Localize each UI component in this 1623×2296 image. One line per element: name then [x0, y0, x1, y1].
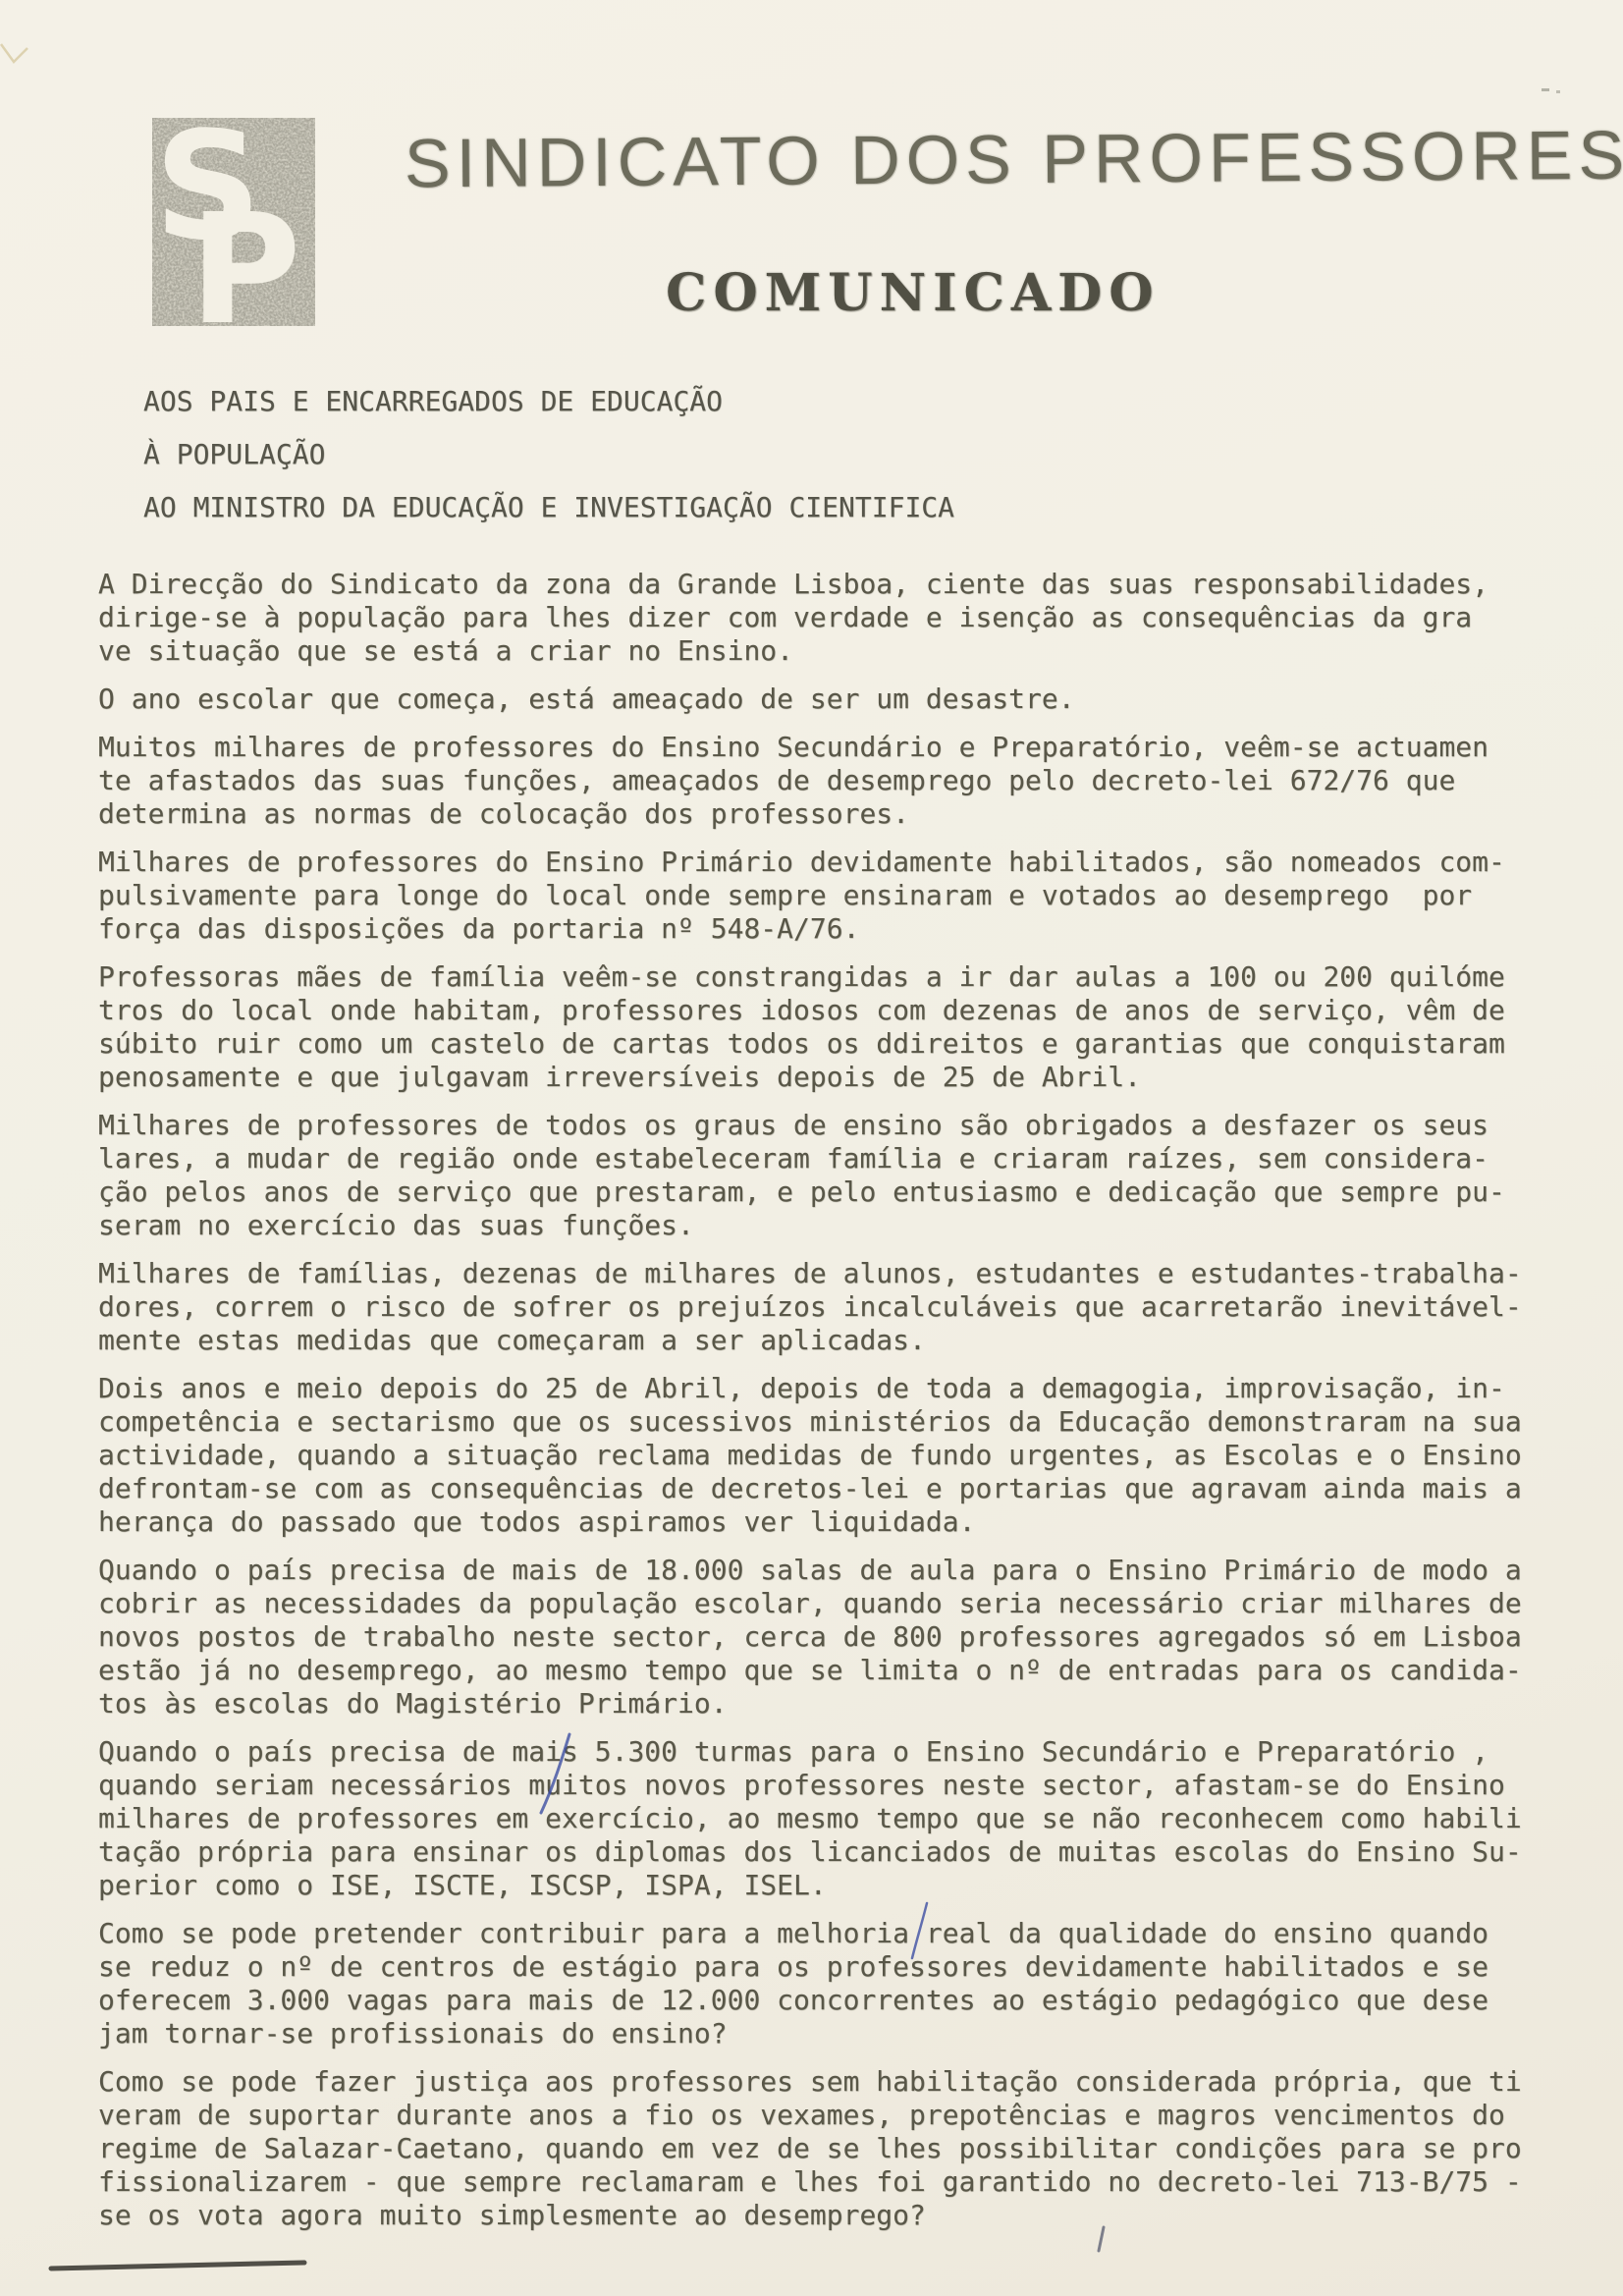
addressee-line-minister: AO MINISTRO DA EDUCAÇÃO E INVESTIGAÇÃO C…	[143, 481, 954, 534]
paragraph-justice-question: Como se pode fazer justiça aos professor…	[98, 2065, 1522, 2232]
paragraph-intro: A Direcção do Sindicato da zona da Grand…	[98, 568, 1522, 668]
paragraph-secondary-teachers: Muitos milhares de professores do Ensino…	[98, 731, 1522, 831]
paragraph-two-years-after: Dois anos e meio depois do 25 de Abril, …	[98, 1372, 1522, 1539]
paragraph-school-year: O ano escolar que começa, está ameaçado …	[98, 683, 1522, 716]
paragraph-families-students: Milhares de famílias, dezenas de milhare…	[98, 1257, 1522, 1357]
addressee-list: AOS PAIS E ENCARREGADOS DE EDUCAÇÃO À PO…	[143, 375, 954, 534]
document-page: S P SINDICATO DOS PROFESSORES COMUNICADO…	[0, 0, 1623, 2296]
corner-dust-specks	[1542, 88, 1560, 93]
addressee-line-population: À POPULAÇÃO	[143, 428, 954, 481]
paragraph-primary-teachers: Milhares de professores do Ensino Primár…	[98, 846, 1522, 946]
fold-crease-mark	[1, 44, 27, 62]
paragraph-classrooms-needed: Quando o país precisa de mais de 18.000 …	[98, 1554, 1522, 1721]
document-body: A Direcção do Sindicato da zona da Grand…	[98, 568, 1522, 2232]
addressee-line-parents: AOS PAIS E ENCARREGADOS DE EDUCAÇÃO	[143, 375, 954, 428]
paragraph-classes-needed: Quando o país precisa de mais 5.300 turm…	[98, 1735, 1522, 1902]
sp-union-logo: S P	[152, 118, 315, 326]
paragraph-quality-question: Como se pode pretender contribuir para a…	[98, 1917, 1522, 2050]
bottom-rule-line	[51, 2263, 304, 2269]
paragraph-mothers-teachers: Professoras mães de família veêm-se cons…	[98, 960, 1522, 1094]
paragraph-uprooted-teachers: Milhares de professores de todos os grau…	[98, 1109, 1522, 1242]
org-name-title: SINDICATO DOS PROFESSORES	[405, 116, 1623, 203]
doc-type-title: COMUNICADO	[666, 263, 1161, 323]
